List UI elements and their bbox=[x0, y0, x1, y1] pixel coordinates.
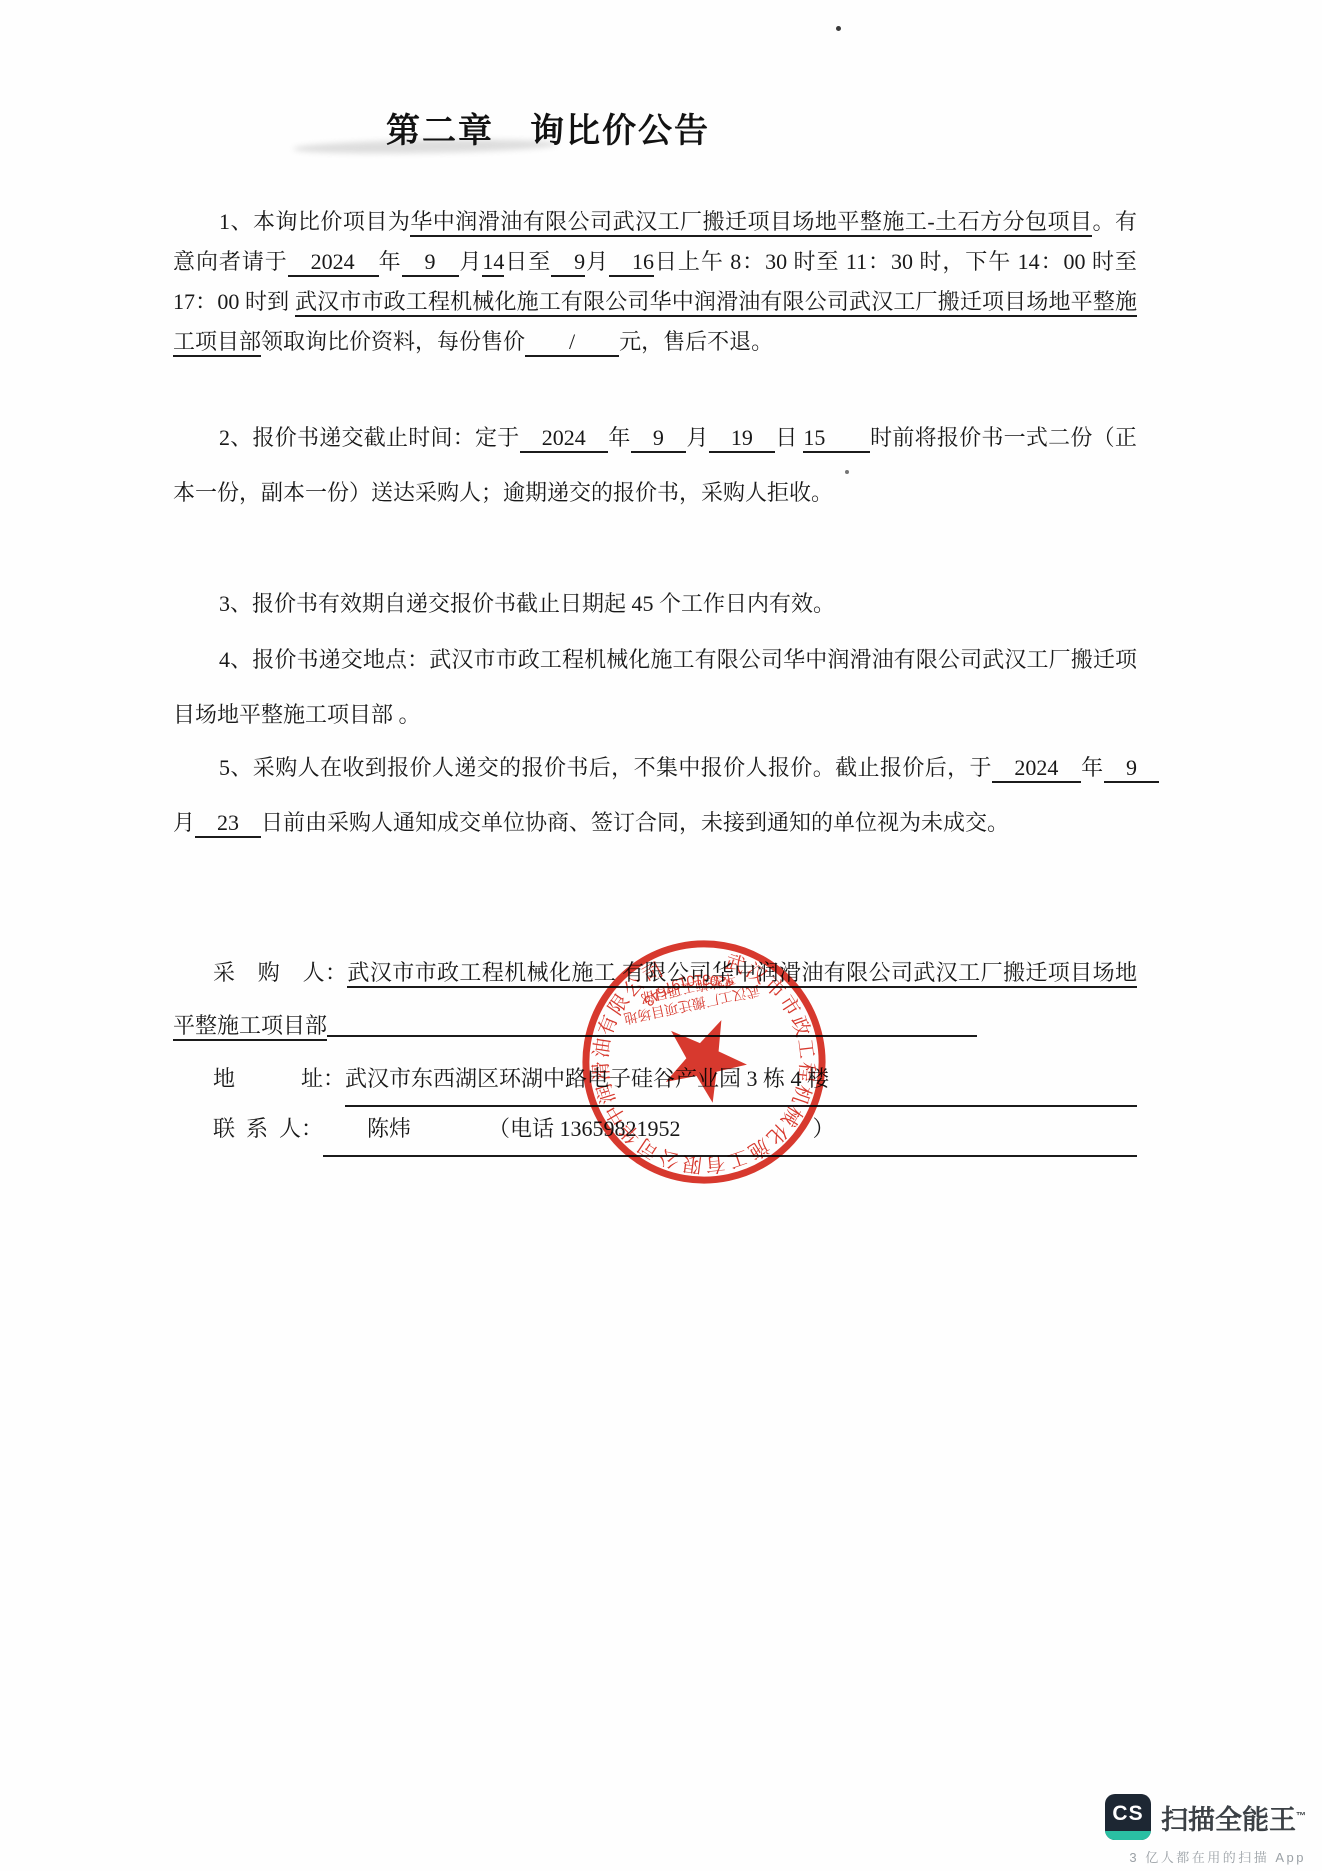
address-value: 武汉市东西湖区环湖中路电子硅谷产业园 3 栋 4 楼 bbox=[345, 1052, 1137, 1107]
watermark-app-name: 扫描全能王™ bbox=[1161, 1798, 1306, 1837]
text-segment: 年 bbox=[379, 249, 402, 274]
fill-in-field: 9 bbox=[1104, 755, 1159, 783]
paragraph-5: 5、采购人在收到报价人递交的报价书后，不集中报价人报价。截止报价后，于 2024… bbox=[173, 740, 1137, 850]
document-page: 第二章 询比价公告 1、本询比价项目为华中润滑油有限公司武汉工厂搬迁项目场地平整… bbox=[0, 0, 1322, 1871]
address-label: 地 址： bbox=[173, 1052, 345, 1105]
fill-in-field: 2024 bbox=[288, 249, 379, 277]
text-segment: 4、报价书递交地点：武汉市市政工程机械化施工有限公司华中润滑油有限公司武汉工厂搬… bbox=[173, 647, 1137, 727]
purchaser-blank-line bbox=[327, 1015, 977, 1037]
camscanner-watermark: CS 扫描全能王™ 3 亿人都在用的扫描 App bbox=[1105, 1794, 1306, 1866]
watermark-tagline: 3 亿人都在用的扫描 App bbox=[1129, 1847, 1306, 1866]
text-segment: 领取询比价资料，每份售价 bbox=[261, 329, 525, 354]
fill-in-field: 2024 bbox=[992, 755, 1081, 783]
fill-in-field: 19 bbox=[709, 425, 776, 453]
page-title: 第二章 询比价公告 bbox=[173, 103, 923, 152]
text-segment: 年 bbox=[1081, 755, 1103, 780]
camscanner-app-icon: CS bbox=[1105, 1794, 1151, 1840]
text-segment: 月 bbox=[585, 249, 609, 274]
text-segment: 元，售后不退。 bbox=[619, 329, 773, 354]
text-segment: 3、报价书有效期自递交报价书截止日期起 45 个工作日内有效。 bbox=[219, 591, 835, 616]
text-segment: 年 bbox=[608, 425, 630, 450]
text-segment: 日至 bbox=[504, 249, 551, 274]
cs-icon-letters: CS bbox=[1105, 1796, 1151, 1832]
paragraph-4: 4、报价书递交地点：武汉市市政工程机械化施工有限公司华中润滑油有限公司武汉工厂搬… bbox=[173, 632, 1137, 742]
fill-in-field: 华中润滑油有限公司武汉工厂搬迁项目场地平整施工-土石方分包项目 bbox=[410, 209, 1092, 237]
fill-in-field: 9 bbox=[551, 249, 585, 277]
fill-in-field: / bbox=[525, 329, 619, 357]
trademark-symbol: ™ bbox=[1296, 1811, 1306, 1822]
text-segment: 月 bbox=[686, 425, 708, 450]
text-segment: 1、本询比价项目为 bbox=[219, 209, 410, 234]
scan-speck bbox=[836, 26, 841, 31]
text-segment: 月 bbox=[173, 810, 195, 835]
purchaser-line: 采 购 人：武汉市市政工程机械化施工 有限公司华中润滑油有限公司武汉工厂搬迁项目… bbox=[173, 946, 1137, 1052]
contact-line: 联 系 人： 陈炜 （电话 13659821952 ） bbox=[173, 1102, 1137, 1157]
fill-in-field: 14 bbox=[482, 249, 504, 277]
fill-in-field: 15 bbox=[803, 425, 870, 453]
watermark-row: CS 扫描全能王™ bbox=[1105, 1794, 1306, 1840]
paragraph-1: 1、本询比价项目为华中润滑油有限公司武汉工厂搬迁项目场地平整施工-土石方分包项目… bbox=[173, 202, 1137, 362]
fill-in-field: 2024 bbox=[520, 425, 609, 453]
app-name-text: 扫描全能王 bbox=[1161, 1805, 1296, 1835]
purchaser-label: 采 购 人： bbox=[213, 960, 347, 985]
contact-label: 联 系 人： bbox=[173, 1102, 323, 1155]
cs-icon-accent-strip bbox=[1105, 1831, 1151, 1840]
paragraph-2: 2、报价书递交截止时间：定于 2024 年 9 月 19 日 15 时前将报价书… bbox=[173, 410, 1137, 520]
text-segment: 5、采购人在收到报价人递交的报价书后，不集中报价人报价。截止报价后，于 bbox=[219, 755, 992, 780]
contact-value: 陈炜 （电话 13659821952 ） bbox=[323, 1102, 1137, 1157]
text-segment: 日 bbox=[775, 425, 803, 450]
text-segment: 月 bbox=[459, 249, 482, 274]
text-segment: 日前由采购人通知成交单位协商、签订合同，未接到通知的单位视为未成交。 bbox=[261, 810, 1009, 835]
fill-in-field: 16 bbox=[609, 249, 654, 277]
text-segment: 2、报价书递交截止时间：定于 bbox=[219, 425, 520, 450]
fill-in-field: 9 bbox=[402, 249, 460, 277]
fill-in-field: 9 bbox=[631, 425, 687, 453]
paragraph-3: 3、报价书有效期自递交报价书截止日期起 45 个工作日内有效。 bbox=[173, 576, 1137, 631]
address-line: 地 址： 武汉市东西湖区环湖中路电子硅谷产业园 3 栋 4 楼 bbox=[173, 1052, 1137, 1107]
fill-in-field: 23 bbox=[195, 810, 261, 838]
